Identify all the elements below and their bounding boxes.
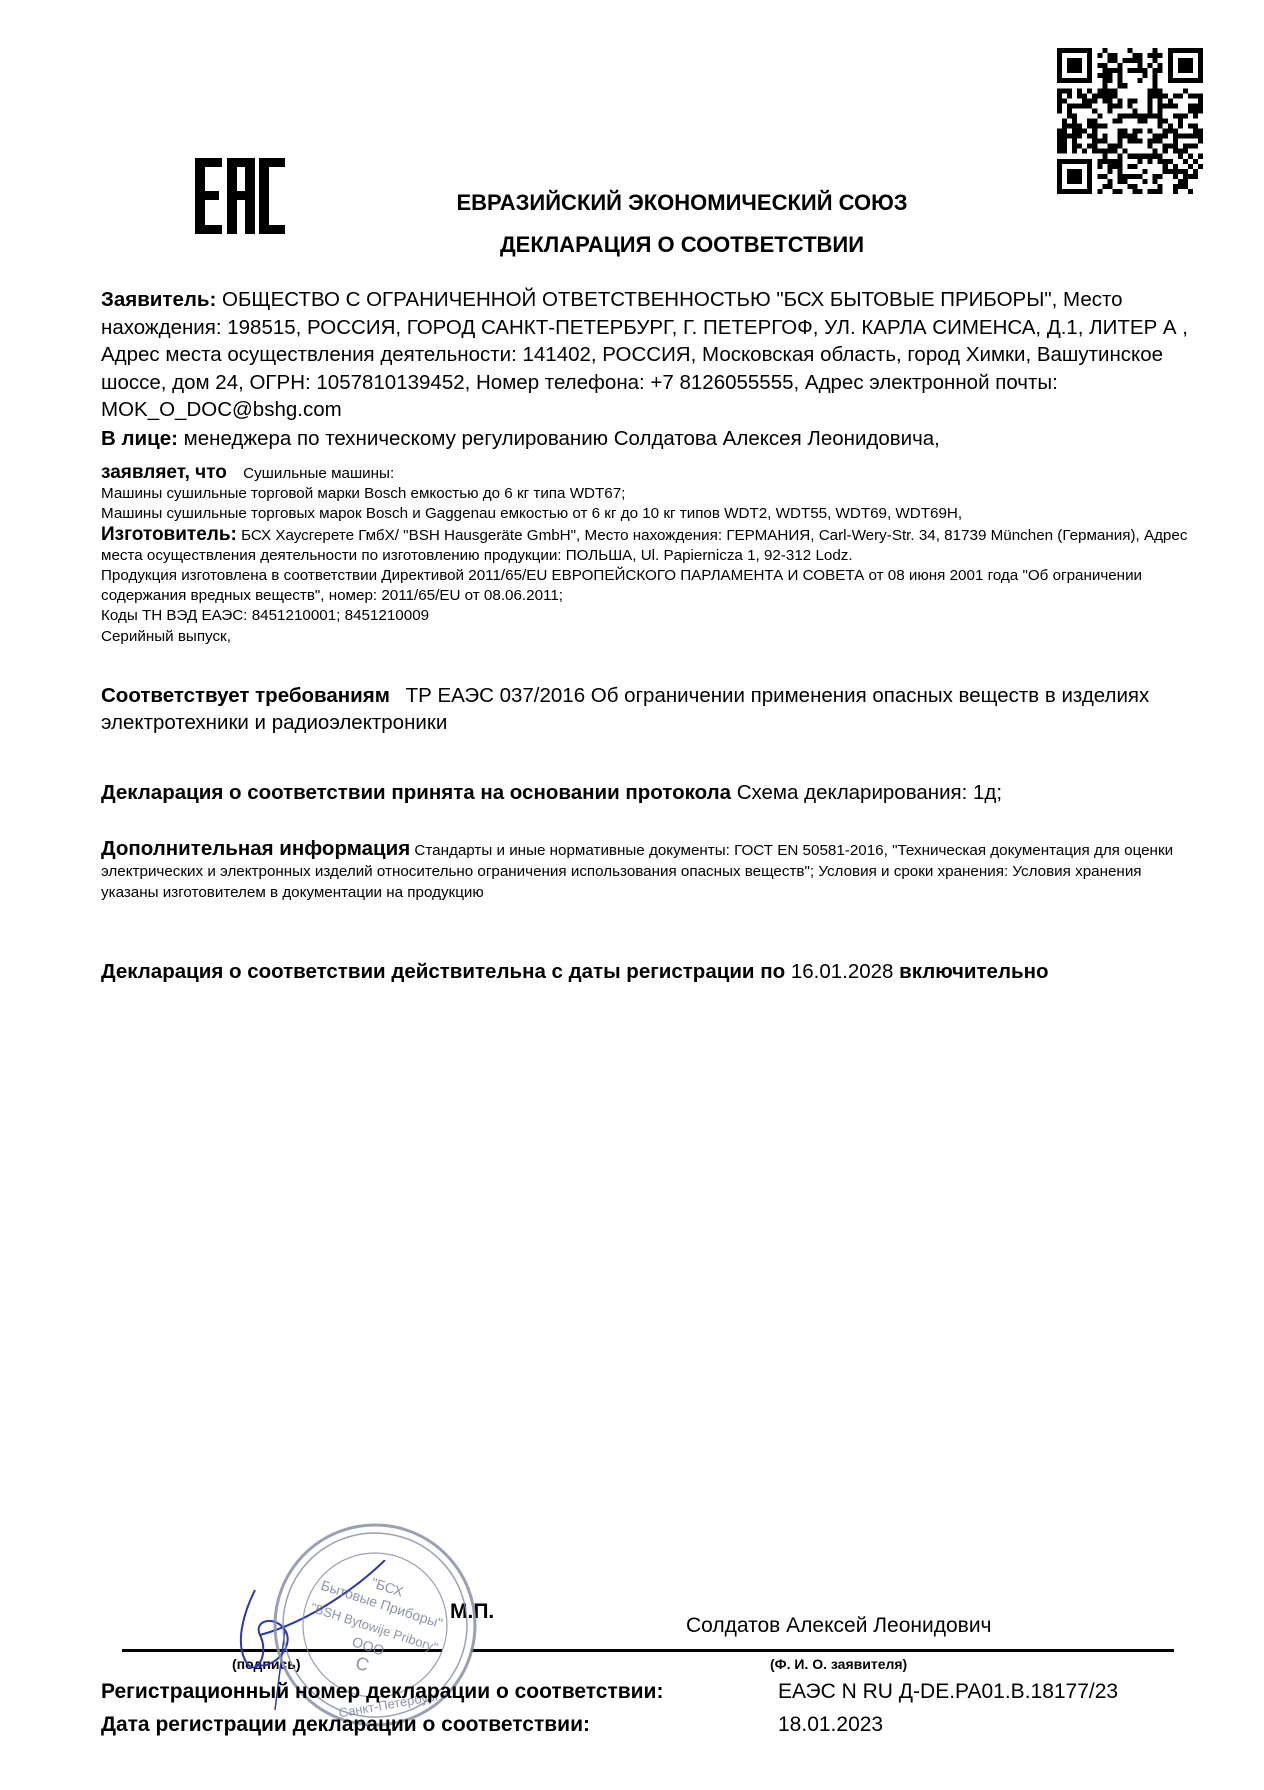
basis-text: Схема декларирования: 1д; <box>731 781 1002 804</box>
applicant-section: Заявитель: ОБЩЕСТВО С ОГРАНИЧЕННОЙ ОТВЕТ… <box>101 286 1201 424</box>
name-caption: (Ф. И. О. заявителя) <box>770 1656 907 1672</box>
svg-text:С: С <box>353 1652 372 1675</box>
tn-ved-codes: Коды ТН ВЭД ЕАЭС: 8451210001; 8451210009 <box>101 606 1201 626</box>
name-line <box>471 1649 1174 1652</box>
product-intro: Сушильные машины: <box>243 465 394 482</box>
product-line: Машины сушильные торговых марок Bosch и … <box>101 504 1201 524</box>
validity-section: Декларация о соответствии действительна … <box>101 958 1201 985</box>
represented-by-section: В лице: менеджера по техническому регули… <box>101 425 1201 453</box>
manufacturer-text: БСХ Хаусгерете ГмбХ/ "BSH Hausgeräte Gmb… <box>101 527 1187 564</box>
conformity-section: Соответствует требованиям ТР ЕАЭС 037/20… <box>101 682 1201 736</box>
signer-name: Солдатов Алексей Леонидович <box>686 1614 992 1638</box>
validity-label: Декларация о соответствии действительна … <box>101 960 785 983</box>
document-title: ДЕКЛАРАЦИЯ О СООТВЕТСТВИИ <box>0 232 1264 258</box>
applicant-text: ОБЩЕСТВО С ОГРАНИЧЕННОЙ ОТВЕТСТВЕННОСТЬЮ… <box>101 288 1188 421</box>
product-line: Машины сушильные торговой марки Bosch ем… <box>101 484 1201 504</box>
represented-by-label: В лице: <box>101 427 178 450</box>
conformity-label: Соответствует требованиям <box>101 684 390 707</box>
basis-label: Декларация о соответствии принята на осн… <box>101 781 731 804</box>
qr-code-icon <box>1057 48 1203 194</box>
manufacturer-label: Изготовитель: <box>101 524 237 545</box>
declares-label: заявляет, что <box>101 462 227 483</box>
validity-date: 16.01.2028 <box>785 960 893 983</box>
manufacturer: Изготовитель: БСХ Хаусгерете ГмбХ/ "BSH … <box>101 525 1201 566</box>
registration-date-value: 18.01.2023 <box>778 1713 883 1737</box>
represented-by-text: менеджера по техническому регулированию … <box>178 427 940 450</box>
basis-section: Декларация о соответствии принята на осн… <box>101 779 1201 806</box>
declares-section: заявляет, что Сушильные машины: Машины с… <box>101 463 1201 647</box>
additional-info-section: Дополнительная информация Стандарты и ин… <box>101 838 1201 903</box>
registration-number-value: ЕАЭС N RU Д-DE.PA01.B.18177/23 <box>778 1680 1118 1704</box>
union-title: ЕВРАЗИЙСКИЙ ЭКОНОМИЧЕСКИЙ СОЮЗ <box>0 190 1264 216</box>
registration-date-label: Дата регистрации декларации о соответств… <box>101 1713 590 1737</box>
additional-info-label: Дополнительная информация <box>101 837 410 860</box>
directive-text: Продукция изготовлена в соответствии Дир… <box>101 566 1201 606</box>
validity-suffix: включительно <box>893 960 1048 983</box>
registration-number-label: Регистрационный номер декларации о соотв… <box>101 1680 663 1704</box>
series-production: Серийный выпуск, <box>101 627 1201 647</box>
applicant-label: Заявитель: <box>101 288 216 311</box>
